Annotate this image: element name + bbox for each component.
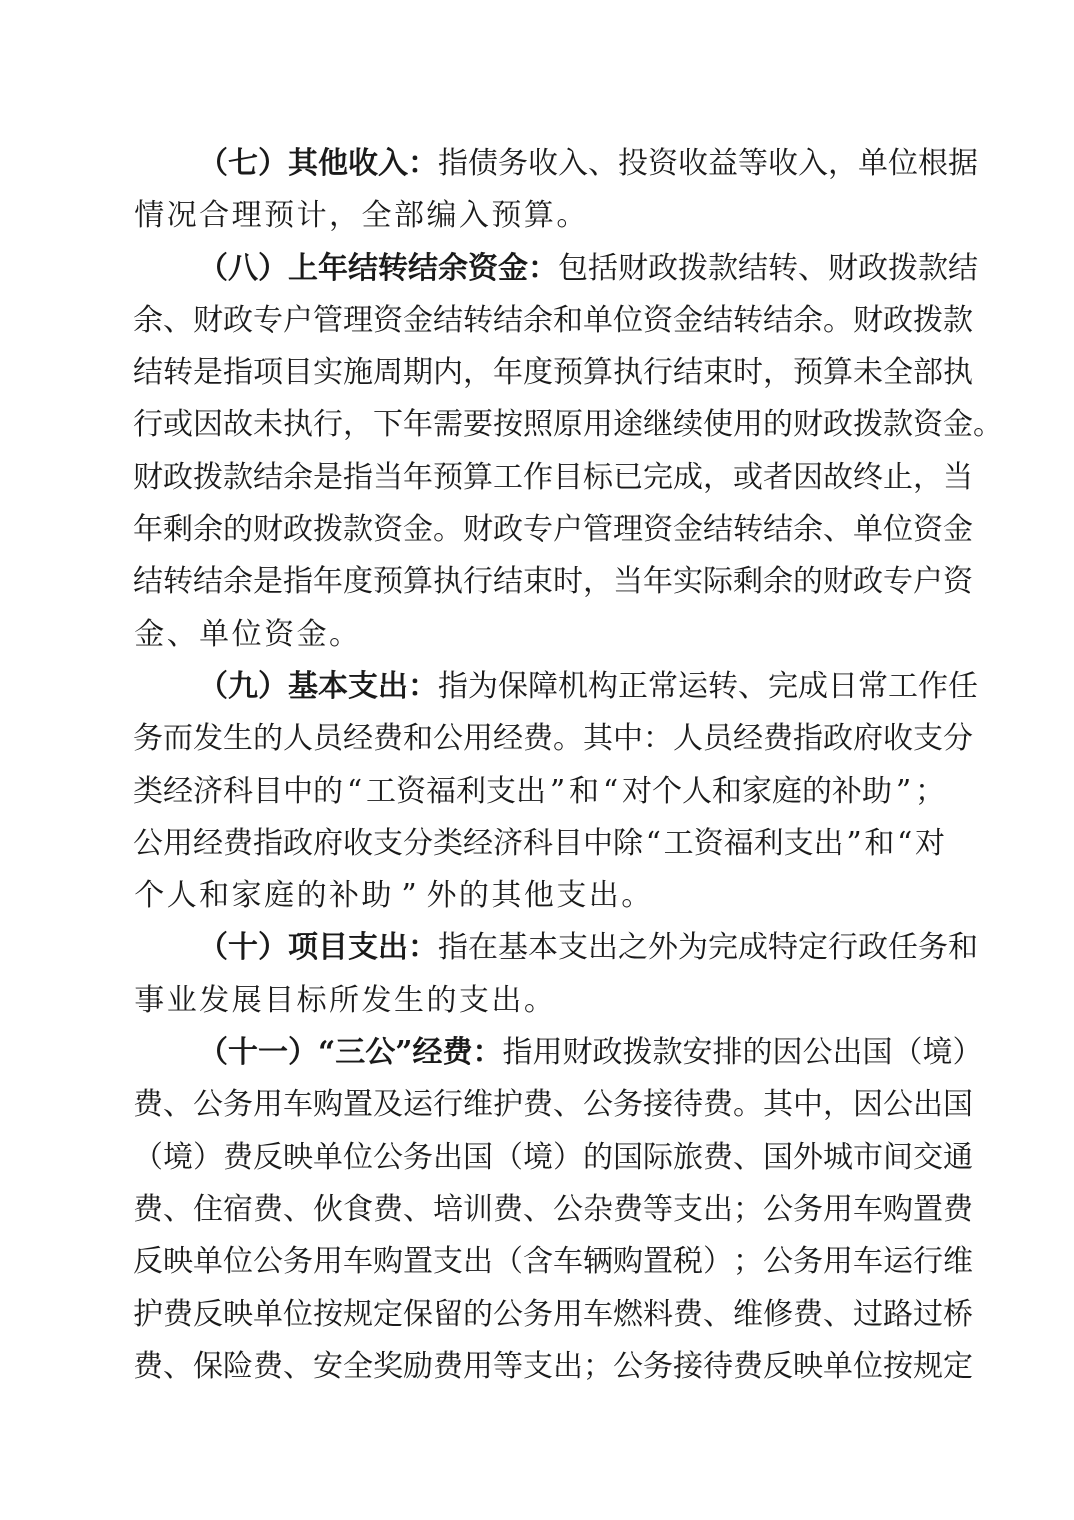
- text-line: 反映单位公务用车购置支出（含车辆购置税）；公务用车运行维: [133, 1236, 945, 1288]
- text-line: 务而发生的人员经费和公用经费。其中：人员经费指政府收支分: [133, 713, 945, 765]
- text-line: （十一）“三公”经费：指用财政拨款安排的因公出国（境）: [133, 1027, 945, 1079]
- text-line: （七）其他收入：指债务收入、投资收益等收入，单位根据: [133, 138, 945, 190]
- text-line: （境）费反映单位公务出国（境）的国际旅费、国外城市间交通: [133, 1132, 945, 1184]
- text-line: 情况合理预计，全部编入预算。: [133, 190, 945, 242]
- text-line: 行或因故未执行，下年需要按照原用途继续使用的财政拨款资金。: [133, 399, 945, 451]
- text-line: 费、保险费、安全奖励费用等支出；公务接待费反映单位按规定: [133, 1341, 945, 1393]
- text-line: 年剩余的财政拨款资金。财政专户管理资金结转结余、单位资金: [133, 504, 945, 556]
- text-line: 事业发展目标所发生的支出。: [133, 975, 945, 1027]
- text-line: （九）基本支出：指为保障机构正常运转、完成日常工作任: [133, 661, 945, 713]
- text-line: 公用经费指政府收支分类经济科目中除“工资福利支出”和“对: [133, 818, 945, 870]
- text-line: 结转结余是指年度预算执行结束时，当年实际剩余的财政专户资: [133, 556, 945, 608]
- text-line: 护费反映单位按规定保留的公务用车燃料费、维修费、过路过桥: [133, 1289, 945, 1341]
- text-line: 余、财政专户管理资金结转结余和单位资金结转结余。财政拨款: [133, 295, 945, 347]
- text-line: （八）上年结转结余资金：包括财政拨款结转、财政拨款结: [133, 243, 945, 295]
- text-line: 费、公务用车购置及运行维护费、公务接待费。其中，因公出国: [133, 1079, 945, 1131]
- text-line: 个人和家庭的补助”外的其他支出。: [133, 870, 945, 922]
- document-page: （七）其他收入：指债务收入、投资收益等收入，单位根据情况合理预计，全部编入预算。…: [133, 138, 945, 1393]
- text-line: 金、单位资金。: [133, 609, 945, 661]
- text-line: 财政拨款结余是指当年预算工作目标已完成，或者因故终止，当: [133, 452, 945, 504]
- text-line: 结转是指项目实施周期内，年度预算执行结束时，预算未全部执: [133, 347, 945, 399]
- text-line: （十）项目支出：指在基本支出之外为完成特定行政任务和: [133, 922, 945, 974]
- text-line: 类经济科目中的“工资福利支出”和“对个人和家庭的补助”；: [133, 766, 945, 818]
- text-line: 费、住宿费、伙食费、培训费、公杂费等支出；公务用车购置费: [133, 1184, 945, 1236]
